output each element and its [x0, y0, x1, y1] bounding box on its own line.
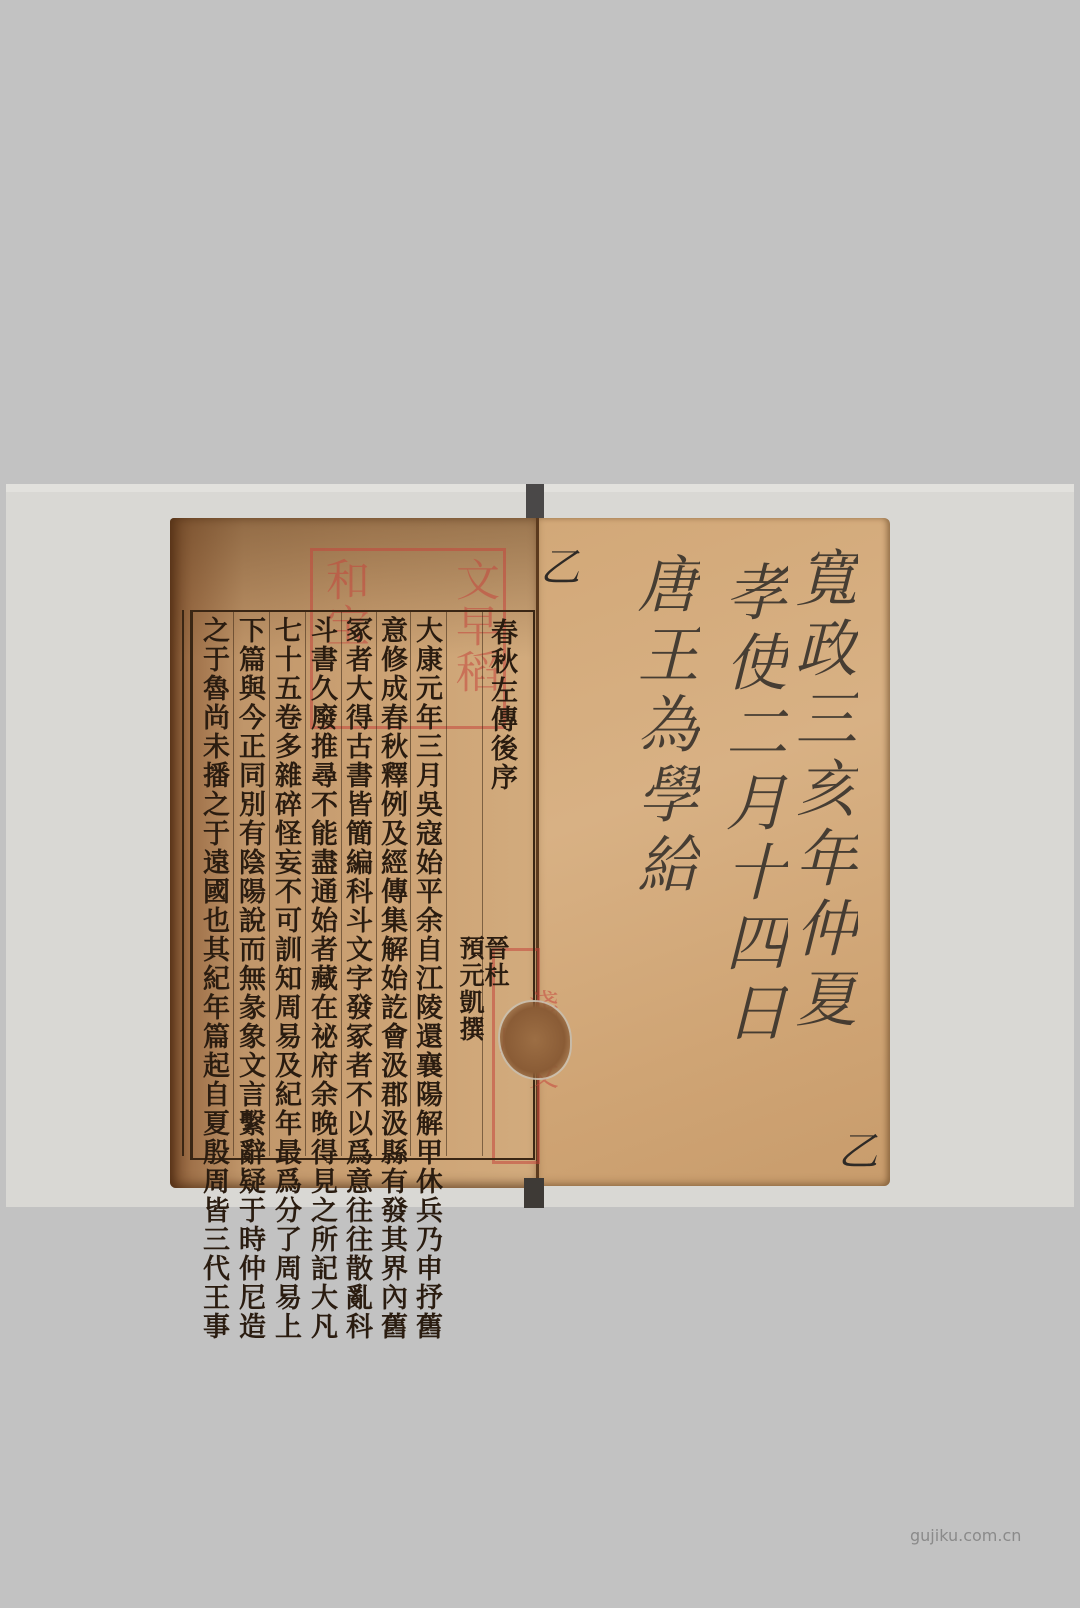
handwritten-column-3: 唐王為學給 — [632, 552, 694, 902]
text-column-7: 之于魯尚未播之于遠國也其紀年篇起自夏殷周皆三代王事 — [200, 616, 227, 1341]
author-dynasty: 晉杜 — [481, 935, 510, 989]
text-column-3: 冢者大得古書皆簡編科斗文字發冢者不以爲意往往散亂科 — [343, 616, 370, 1341]
text-column-5: 七十五卷多雜碎怪妄不可訓知周易及紀年最爲分了周易上 — [272, 616, 299, 1341]
book-title: 春秋左傳後序 — [488, 618, 515, 792]
site-watermark: gujiku.com.cn — [910, 1526, 1021, 1545]
text-column-2: 意修成春秋釋例及經傳集解始訖會汲郡汲縣有發其界內舊 — [378, 616, 405, 1341]
water-stain — [498, 1000, 572, 1080]
author-name: 預元凱撰 — [456, 935, 485, 1043]
spine-bottom — [524, 1178, 544, 1208]
column-rule — [446, 612, 447, 1156]
column-rule — [482, 612, 483, 1156]
handwritten-column-2: 孝使二月十四日 — [720, 560, 782, 1050]
text-column-4: 斗書久廢推尋不能盡通始者藏在祕府余晚得見之所記大凡 — [308, 616, 335, 1341]
ink-mark-bottom: 乙 — [838, 1120, 878, 1177]
spine-top — [526, 484, 544, 520]
text-column-1: 大康元年三月吳寇始平余自江陵還襄陽解甲休兵乃申抒舊 — [413, 616, 440, 1341]
frame-left-rule — [182, 610, 184, 1156]
handwritten-column-1: 寬政三亥年仲夏 — [790, 546, 852, 1036]
text-column-6: 下篇與今正同別有陰陽說而無彖象文言繫辭疑于時仲尼造 — [236, 616, 263, 1341]
ink-mark-top: 乙 — [540, 536, 580, 593]
